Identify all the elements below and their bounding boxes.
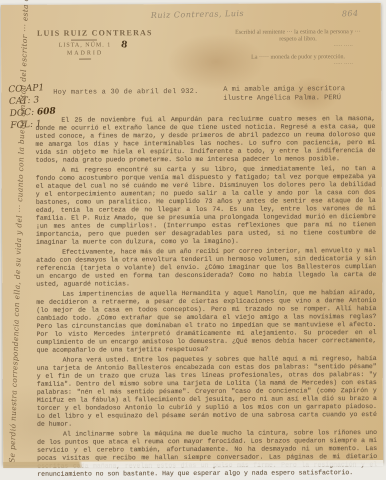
vertical-handwritten-marginalia: Se perdió nuestra correspondencia con el…: [7, 133, 27, 463]
archival-page-number: 864: [342, 9, 359, 19]
letter-paragraph: Al inclinarme sobre la máquina me duele …: [37, 429, 377, 479]
letter-body: El 25 de noviembre fui al Ampurdán para …: [35, 115, 377, 480]
letterhead-epigraphs: Escribid al remitente ··· la estima de l…: [229, 29, 367, 73]
letter-paragraph: Ahora verá usted. Entre los paquetes y s…: [37, 355, 377, 429]
archival-pencil-notes: Ruiz Contreras, Luis 864: [1, 9, 381, 11]
letterhead-rule-small: [79, 59, 91, 60]
letterhead-handwritten-mark: 8: [120, 40, 128, 51]
date-line: Hoy martes a 30 de abril del 932.: [53, 88, 198, 97]
archival-author-note: Ruiz Contreras, Luis: [151, 9, 244, 20]
letterhead-address: LISTA, NÚM. 1: [37, 42, 133, 49]
letterhead-city: MADRID: [37, 50, 133, 57]
recipient-block: A mi amable amiga y escritora ilustre An…: [223, 85, 345, 104]
scan-background: Ruiz Contreras, Luis 864 LUIS RUIZ CONTR…: [0, 0, 386, 480]
letterhead-name: LUIS RUIZ CONTRERAS: [37, 28, 207, 38]
epigraph-attribution: ····· ·····: [229, 43, 367, 51]
letter-paper: Ruiz Contreras, Luis 864 LUIS RUIZ CONTR…: [1, 3, 383, 465]
letterhead: LUIS RUIZ CONTRERAS LISTA, NÚM. 1 MADRID…: [37, 28, 207, 60]
epigraph-quote: Escribid al remitente ··· la estima de l…: [229, 29, 367, 44]
letter-paragraph: El 25 de noviembre fui al Ampurdán para …: [35, 115, 375, 165]
epigraph-attribution: ····· ·····: [229, 61, 367, 69]
recipient-line: ilustre Angélica Palma. PERÚ: [223, 94, 345, 104]
letter-paragraph: Efectivamente, hace más de un año recibí…: [36, 247, 376, 289]
letter-paragraph: A mi regreso encontré su carta y su libr…: [36, 165, 376, 247]
letter-paragraph: Las impertinencias de aquella Hermandita…: [36, 289, 376, 355]
letterhead-rule: [71, 39, 97, 40]
